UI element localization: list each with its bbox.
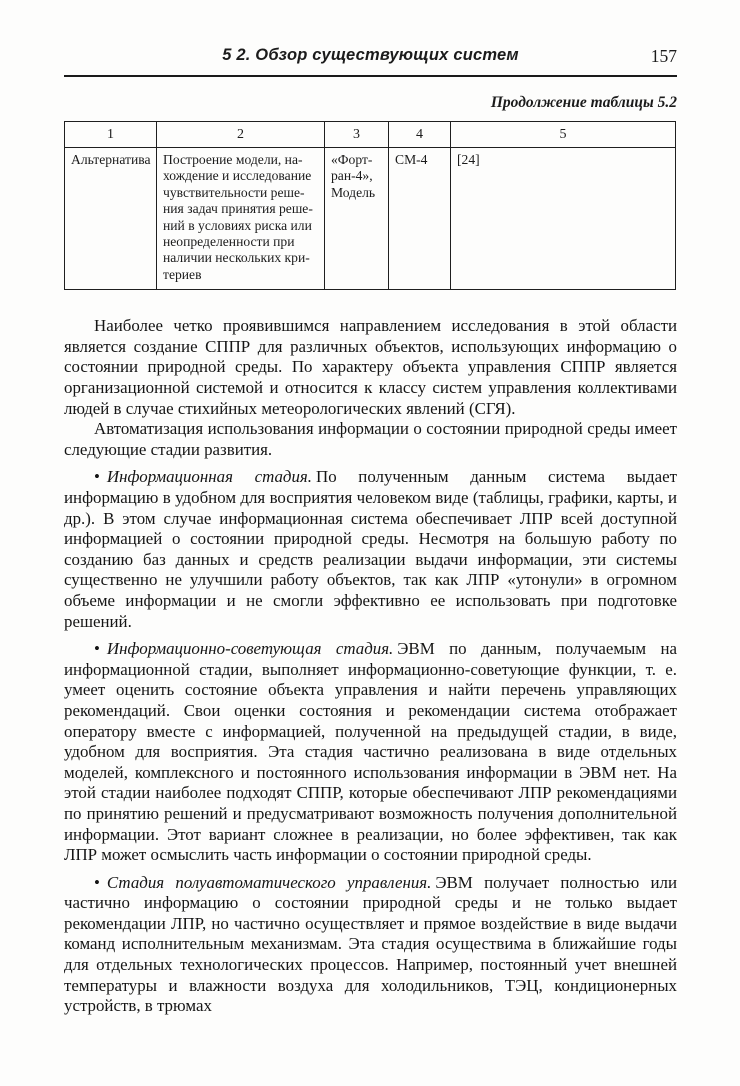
bullet-paragraph: •Информационная стадия.По полученным дан… [64, 467, 677, 632]
page-number: 157 [651, 46, 677, 67]
col-header-2: 2 [157, 122, 325, 148]
running-head: 5 2. Обзор существующих систем 157 [64, 46, 677, 77]
bullet-paragraph: •Информационно-советующая стадия.ЭВМ по … [64, 639, 677, 866]
stage-name: Стадия полуавтоматического управления. [107, 873, 435, 892]
col-header-5: 5 [451, 122, 676, 148]
bullet-paragraph: •Стадия полуавтоматического управления.Э… [64, 873, 677, 1017]
body-text: Наиболее четко проявившимся направлением… [64, 316, 677, 1017]
stage-name: Информационно-советующая стадия. [107, 639, 397, 658]
bullet-icon: • [94, 639, 107, 658]
paragraph-text: Наиболее четко проявившимся направлением… [64, 316, 677, 417]
col-header-4: 4 [389, 122, 451, 148]
continuation-table: 1 2 3 4 5 Альтернатива Построение модели… [64, 121, 676, 290]
cell-description: Построение модели, на- хождение и исслед… [157, 148, 325, 290]
table-row: Альтернатива Построение модели, на- хожд… [65, 148, 676, 290]
section-title: 5 2. Обзор существующих систем [64, 46, 677, 65]
page-content: 5 2. Обзор существующих систем 157 Продо… [64, 0, 677, 1017]
bullet-icon: • [94, 873, 107, 892]
stage-name: Информационная стадия. [107, 467, 316, 486]
col-header-3: 3 [325, 122, 389, 148]
cell-alternative: Альтернатива [65, 148, 157, 290]
paragraph-text: По полученным данным система выдает инфо… [64, 467, 677, 630]
scanned-book-page: 5 2. Обзор существующих систем 157 Продо… [0, 0, 740, 1086]
cell-computer: СМ-4 [389, 148, 451, 290]
table-caption: Продолжение таблицы 5.2 [64, 94, 677, 112]
paragraph-text: Автоматизация использования информации о… [64, 419, 677, 459]
cell-reference: [24] [451, 148, 676, 290]
paragraph-text: ЭВМ по данным, получаемым на информацион… [64, 639, 677, 864]
bullet-icon: • [94, 467, 107, 486]
paragraph-text: ЭВМ получает полностью или частично инфо… [64, 873, 677, 1016]
col-header-1: 1 [65, 122, 157, 148]
table-header-row: 1 2 3 4 5 [65, 122, 676, 148]
cell-language: «Форт- ран-4», Модель [325, 148, 389, 290]
paragraph: Наиболее четко проявившимся направлением… [64, 316, 677, 419]
paragraph: Автоматизация использования информации о… [64, 419, 677, 460]
